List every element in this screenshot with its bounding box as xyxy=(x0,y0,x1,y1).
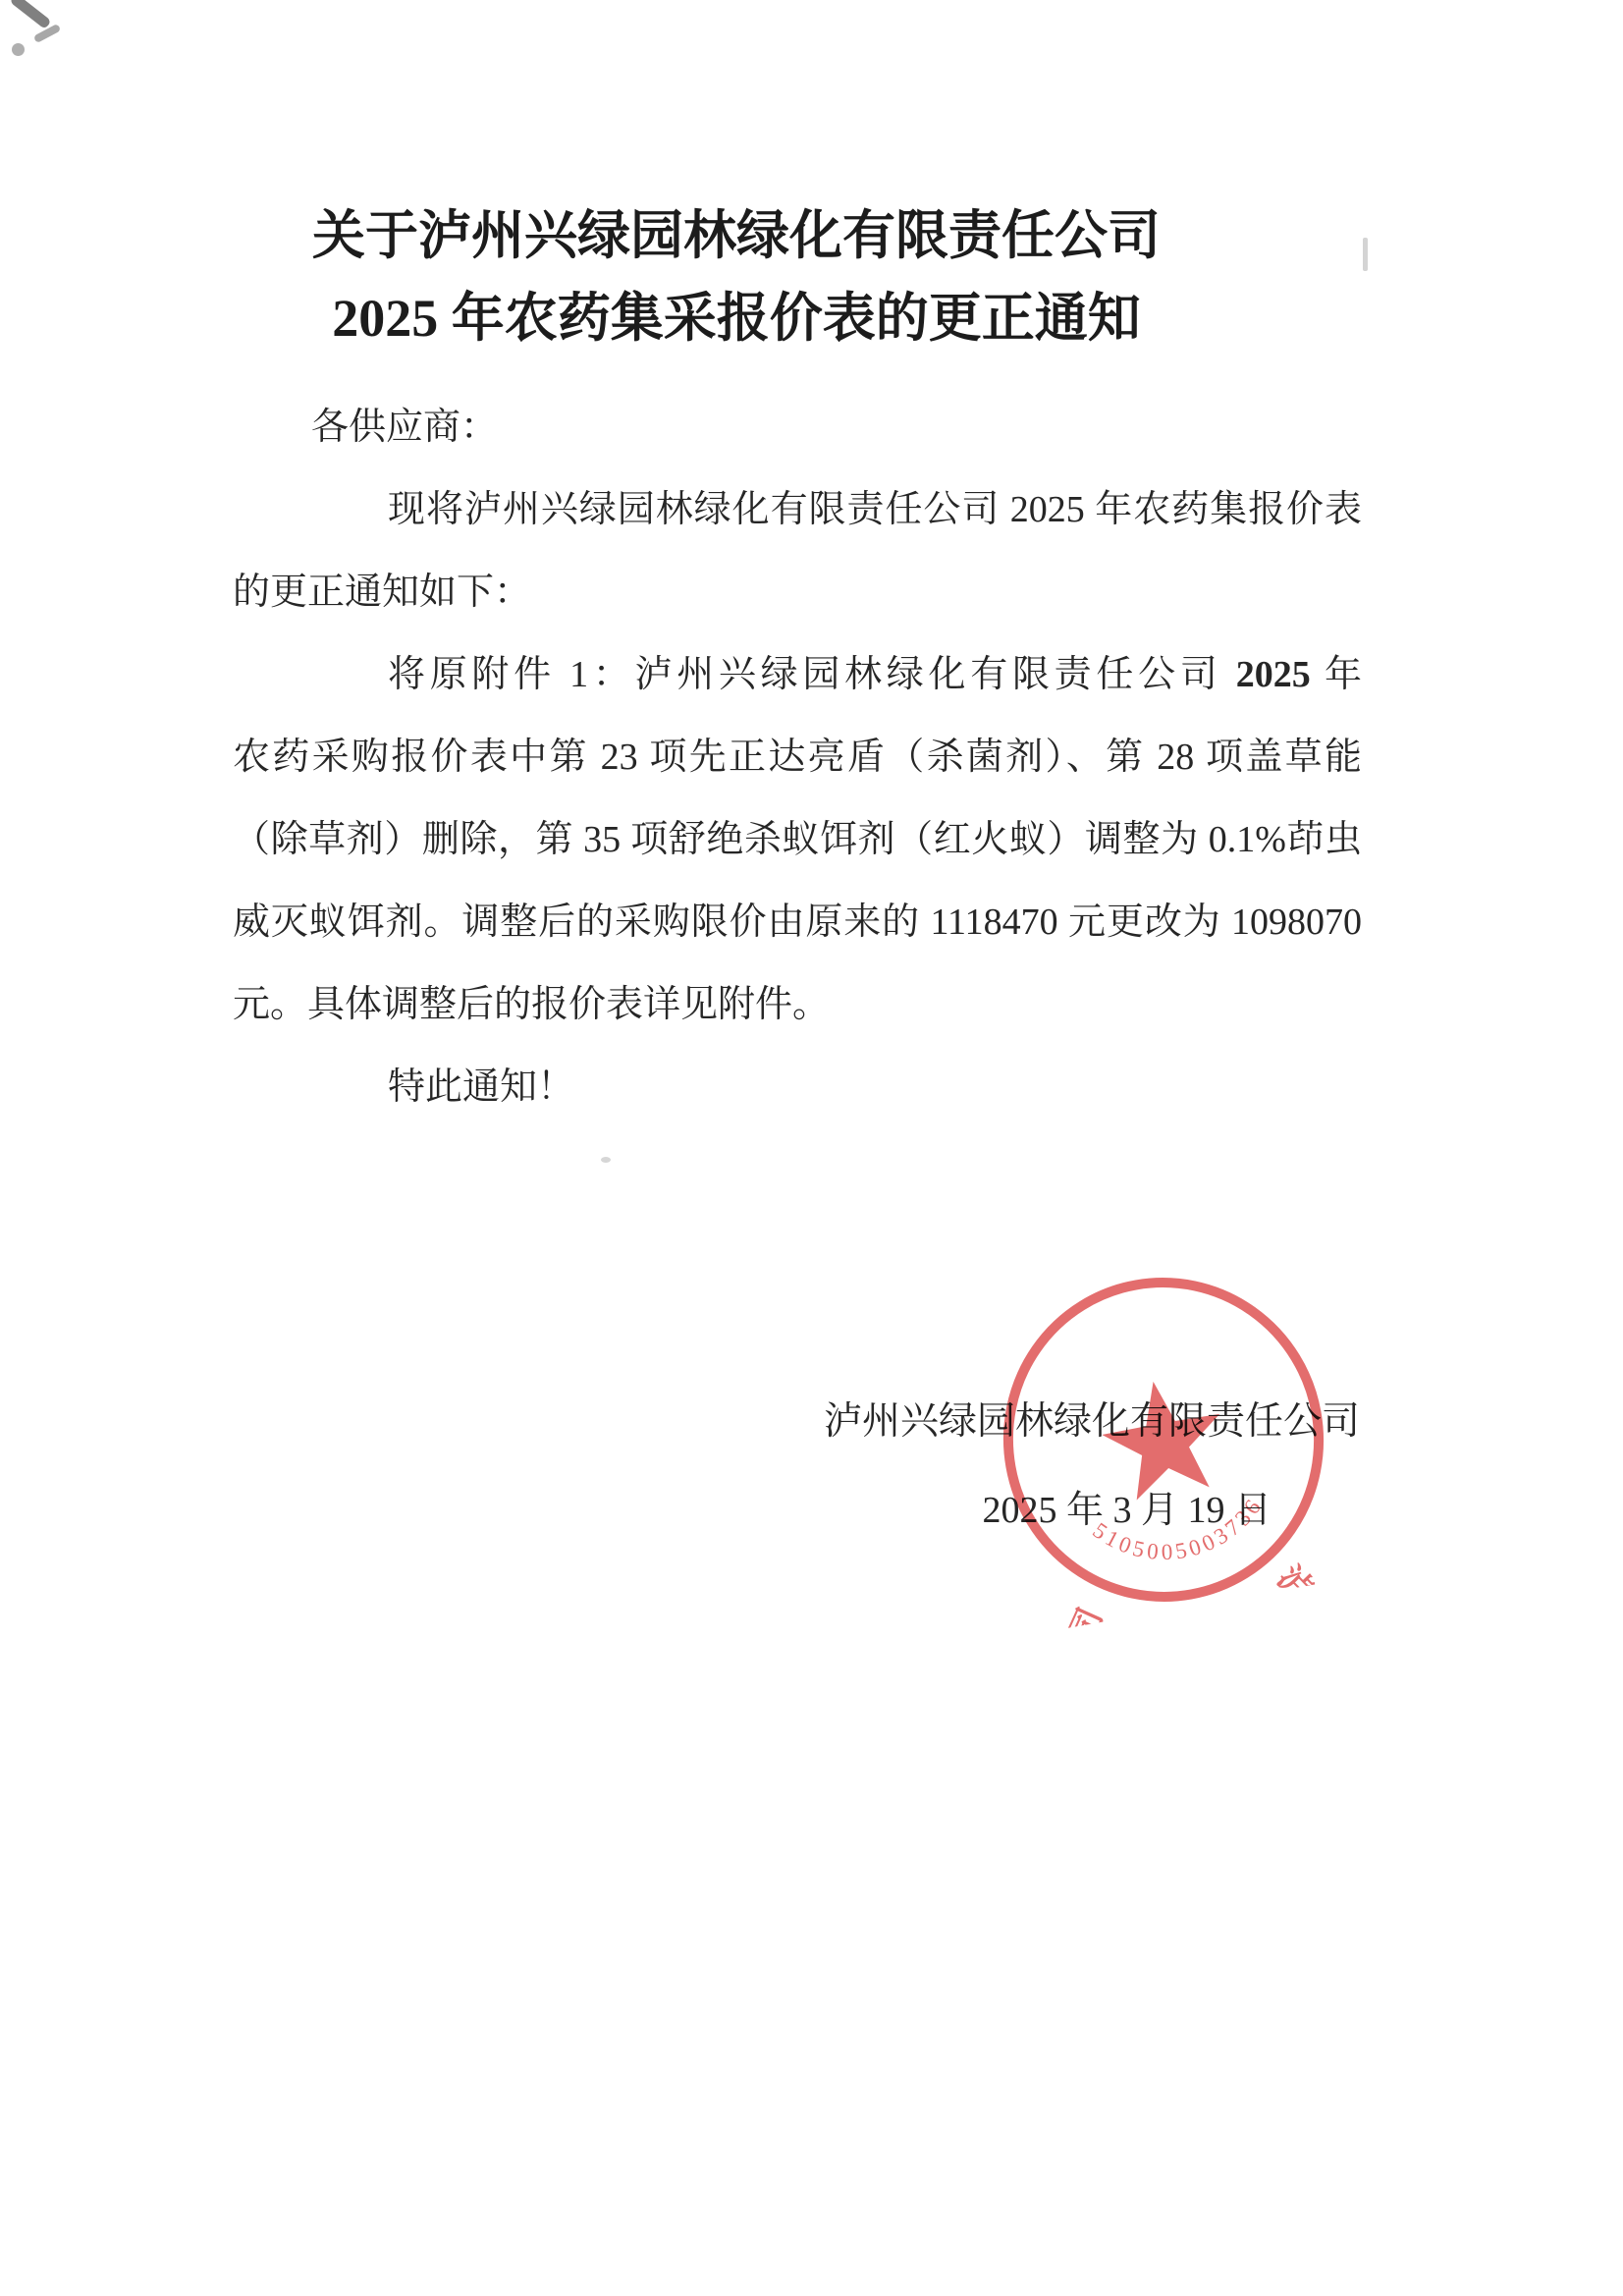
svg-text:5105005003736: 5105005003736 xyxy=(1085,1489,1274,1578)
paragraph2-line2: 农药采购报价表中第 23 项先正达亮盾（杀菌剂）、第 28 项盖草能 xyxy=(233,716,1362,798)
salutation-line: 各供应商： xyxy=(233,386,1362,468)
document-body: 各供应商： 现将泸州兴绿园林绿化有限责任公司 2025 年农药集报价表 的更正通… xyxy=(233,386,1362,1128)
closing-line: 特此通知！ xyxy=(233,1046,1362,1128)
paragraph2-line5: 元。具体调整后的报价表详见附件。 xyxy=(233,963,1362,1046)
scan-artifact xyxy=(9,0,51,29)
paragraph2-line1-pre: 将原附件 1：泸州兴绿园林绿化有限责任公司 xyxy=(388,654,1236,695)
document-page: 关于泸州兴绿园林绿化有限责任公司 2025 年农药集采报价表的更正通知 各供应商… xyxy=(0,0,1623,2296)
document-title: 关于泸州兴绿园林绿化有限责任公司 2025 年农药集采报价表的更正通知 xyxy=(167,194,1306,359)
paragraph1-line1: 现将泸州兴绿园林绿化有限责任公司 2025 年农药集报价表 xyxy=(233,468,1362,551)
scan-artifact xyxy=(12,43,25,56)
seal-star xyxy=(1095,1371,1232,1503)
paragraph1-line2: 的更正通知如下： xyxy=(233,551,1362,633)
seal-serial-number: 5105005003736 xyxy=(1085,1489,1274,1578)
title-line-1: 关于泸州兴绿园林绿化有限责任公司 xyxy=(167,194,1306,277)
scan-artifact xyxy=(601,1157,611,1163)
paragraph2-line1-post: 年 xyxy=(1311,654,1362,695)
paragraph2-line1-year: 2025 xyxy=(1236,654,1311,695)
paragraph2-line1: 将原附件 1：泸州兴绿园林绿化有限责任公司 2025 年 xyxy=(233,633,1362,716)
title-line-2: 2025 年农药集采报价表的更正通知 xyxy=(167,277,1306,359)
scan-artifact xyxy=(1363,238,1368,271)
paragraph2-line4: 威灭蚁饵剂。调整后的采购限价由原来的 1118470 元更改为 1098070 xyxy=(233,881,1362,963)
company-seal: 泸州兴绿园林绿化有限责任公司 5105005003736 xyxy=(968,1244,1360,1636)
paragraph2-line3: （除草剂）删除，第 35 项舒绝杀蚁饵剂（红火蚁）调整为 0.1%茚虫 xyxy=(233,798,1362,881)
